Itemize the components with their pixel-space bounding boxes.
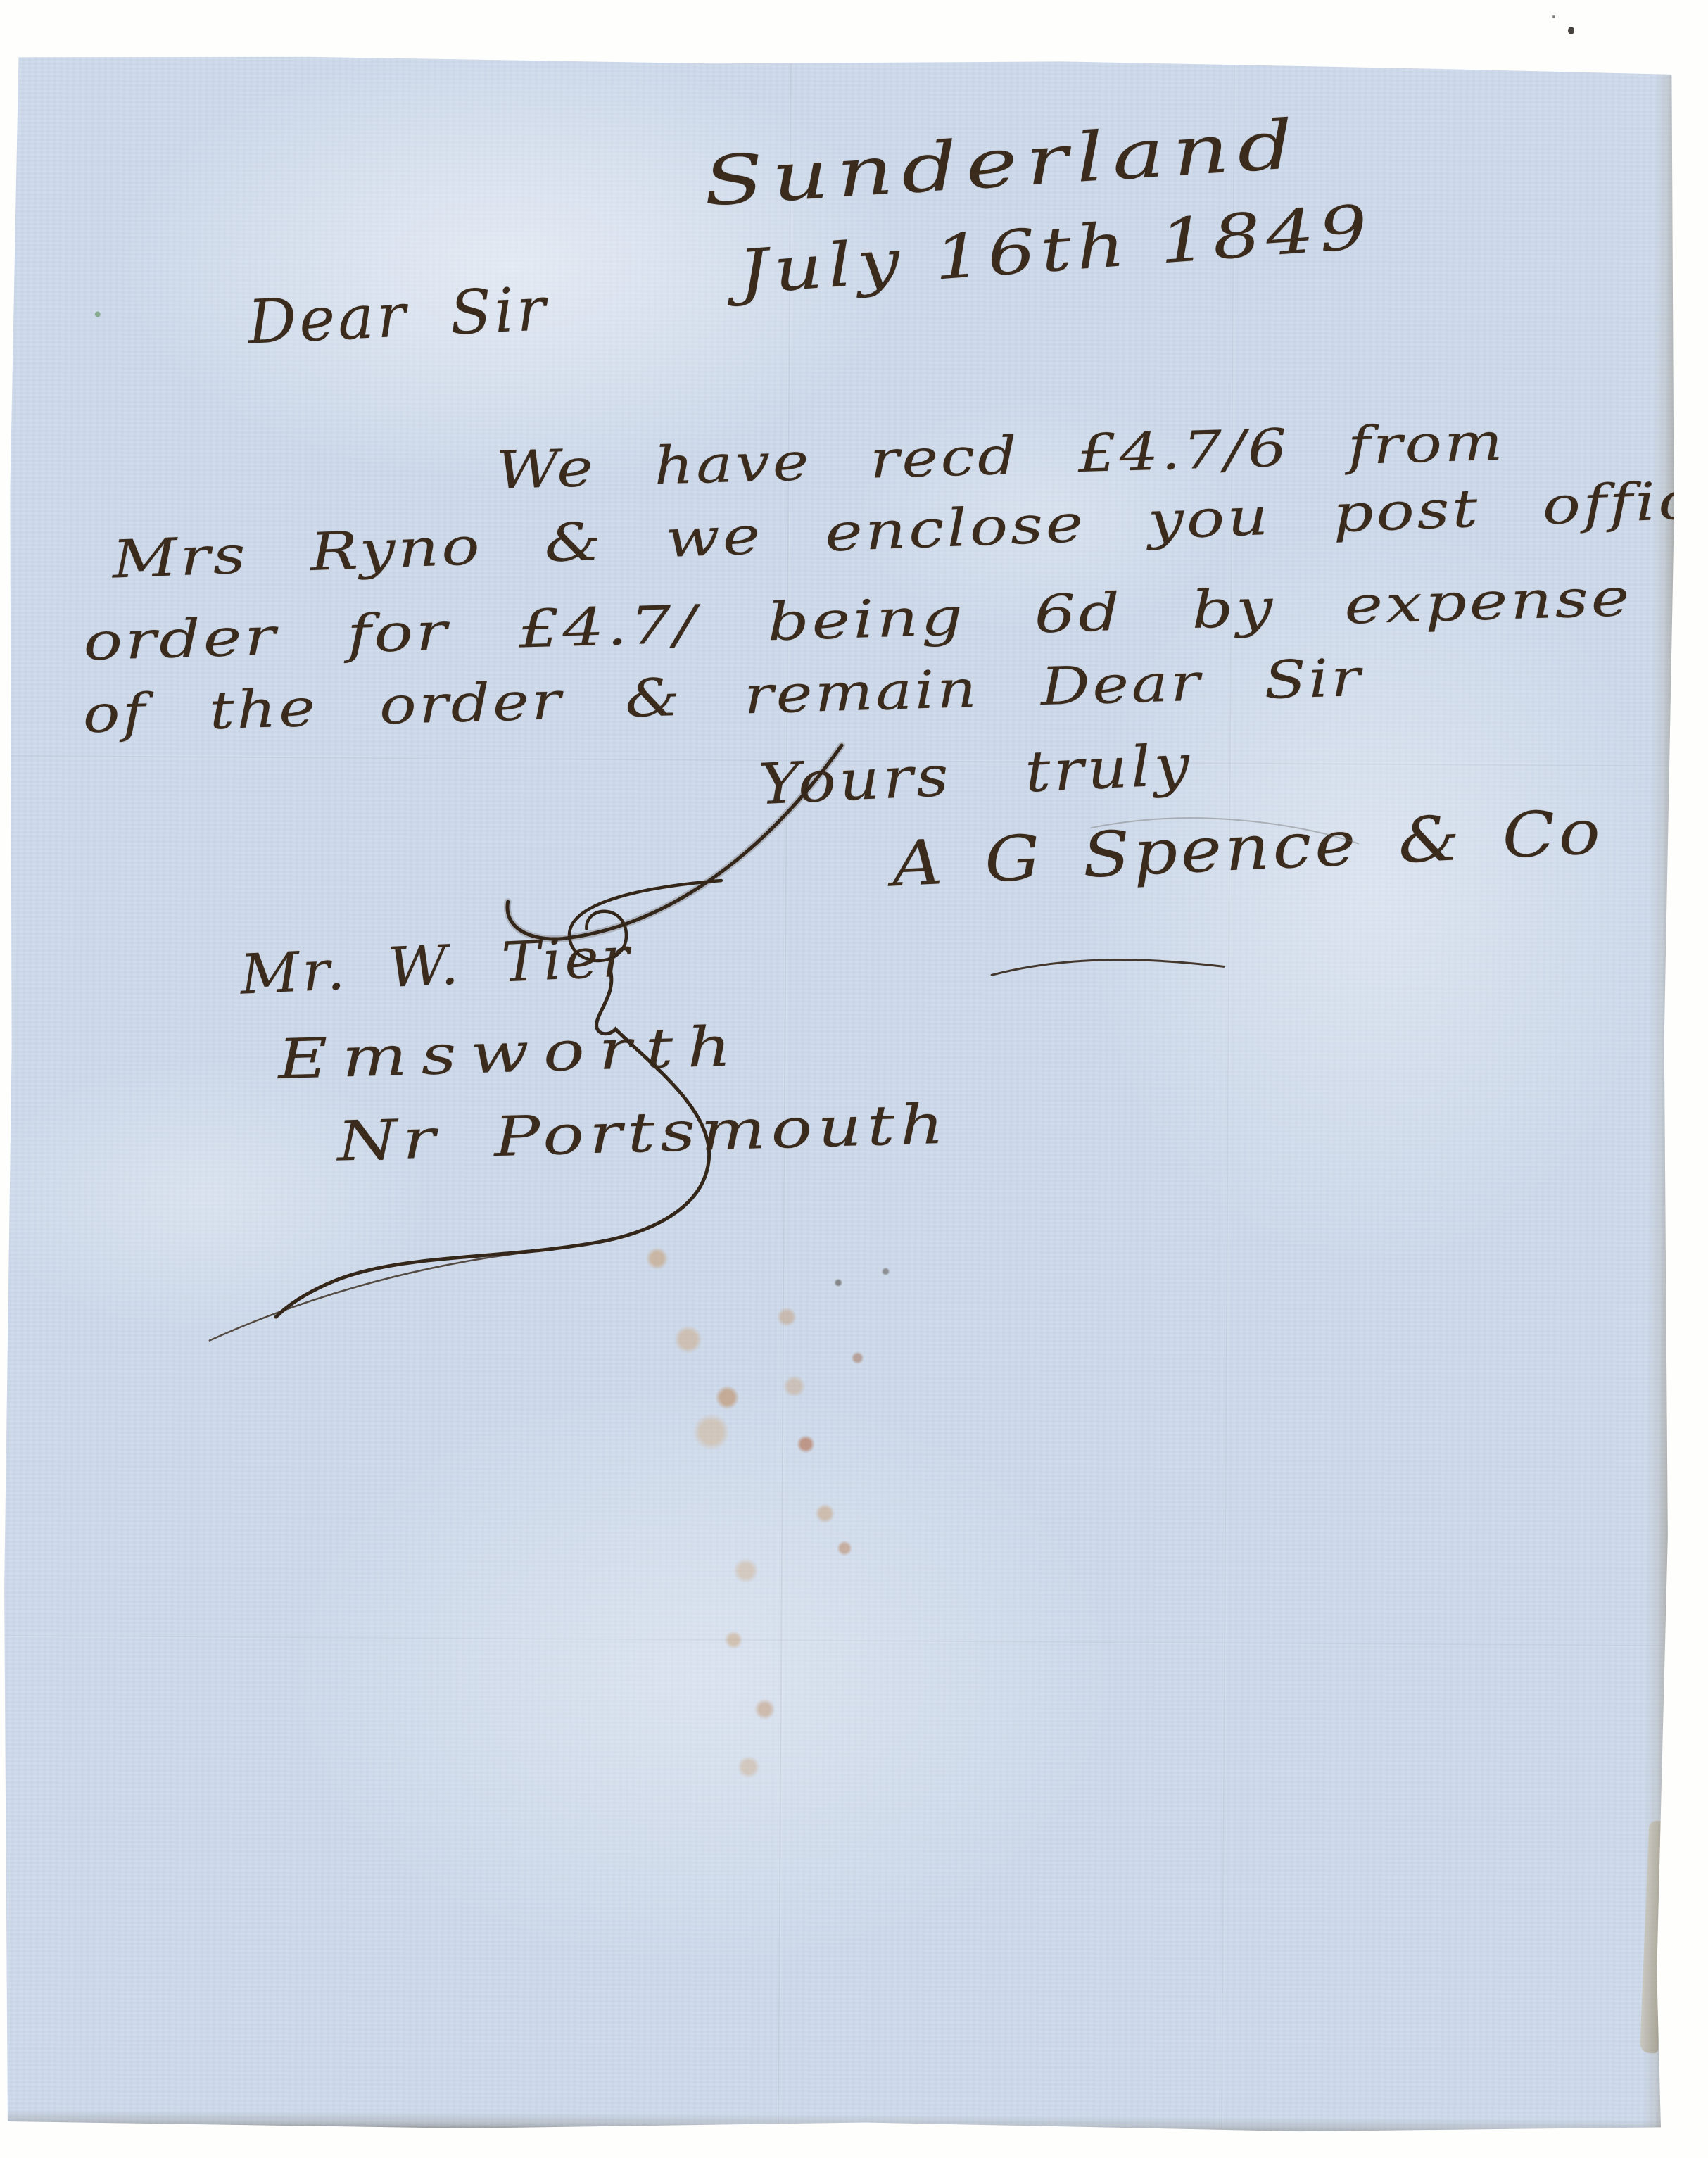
body-line-3: order for £4.7/ being 6d by expense <box>82 567 1633 672</box>
scanned-letter-page: Sunderland July 16th 1849 Dear Sir We ha… <box>0 0 1708 2158</box>
closing-line: Yours truly <box>757 732 1194 817</box>
salutation-line: Dear Sir <box>246 274 550 358</box>
fold-crease-vertical-right <box>1220 61 1236 2135</box>
foxing-stains <box>607 1212 1004 1791</box>
fold-crease-vertical-center <box>777 59 792 2133</box>
recipient-name-line: Mr. W. Tier <box>239 926 633 1007</box>
recipient-area-line: Nr Portsmouth <box>336 1093 950 1174</box>
letter-paper: Sunderland July 16th 1849 Dear Sir We ha… <box>0 54 1678 2138</box>
scan-margin-ink-speck-small <box>1552 15 1555 18</box>
paper-green-speck <box>95 312 101 317</box>
fold-crease-horizontal-lower <box>2 1634 1669 1647</box>
scan-margin-ink-speck <box>1568 27 1574 34</box>
signature-line: A G Spence & Co <box>890 795 1605 901</box>
paper-bottom-edge-shadow <box>0 2109 1666 2138</box>
recipient-town-line: Emsworth <box>277 1015 747 1092</box>
